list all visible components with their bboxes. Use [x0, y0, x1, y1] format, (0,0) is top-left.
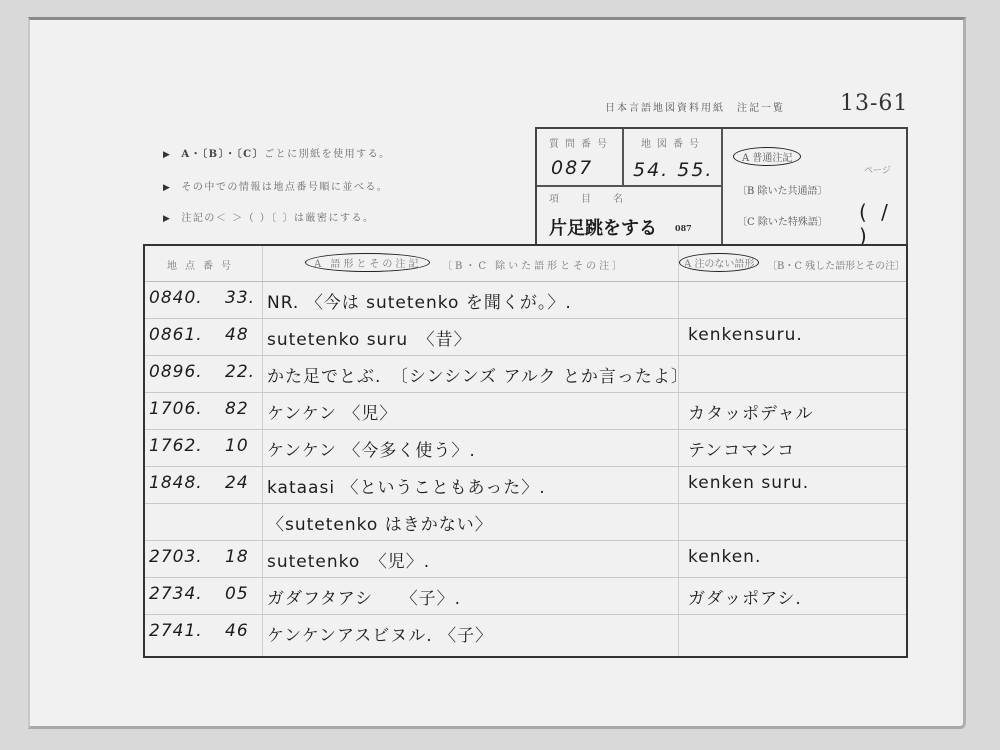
- instruction-1: ▶A・〔B〕・〔C〕ごとに別紙を使用する。: [163, 145, 391, 160]
- category-a: A 普通注記: [733, 147, 801, 166]
- word-form: 〈sutetenko はきかない〉: [267, 510, 493, 535]
- table-row: 〈sutetenko はきかない〉: [145, 504, 906, 541]
- item-name-label: 項目名: [549, 190, 645, 205]
- location-number: 0840.: [149, 288, 203, 308]
- sub-number: 82: [225, 399, 249, 419]
- alt-word-form: kenken.: [688, 547, 761, 567]
- word-form: ガダフタアシ 〈子〉.: [267, 584, 461, 609]
- sub-number: 48: [225, 325, 249, 345]
- sub-number: 05: [225, 584, 249, 604]
- location-number: 2741.: [149, 621, 203, 641]
- location-number: 1762.: [149, 436, 203, 456]
- meta-box: 質問番号 087 地図番号 54. 55. 項目名 片足跳をする 087 A 普…: [535, 127, 908, 244]
- word-form: ケンケンアスビヌル. 〈子〉: [267, 621, 493, 646]
- page-value: ( / ): [859, 200, 906, 248]
- location-number: 2703.: [149, 547, 203, 567]
- triangle-bullet-icon: ▶: [163, 150, 171, 160]
- location-number: 0896.: [149, 362, 203, 382]
- item-name: 片足跳をする: [549, 214, 657, 240]
- sub-number: 18: [225, 547, 249, 567]
- location-number: 1848.: [149, 473, 203, 493]
- alt-word-form: kenkensuru.: [688, 325, 803, 345]
- table-row: 0861.48sutetenko suru 〈昔〉kenkensuru.: [145, 319, 906, 356]
- category-b: 〔B 除いた共通語〕: [737, 182, 828, 197]
- instruction-2: ▶その中での情報は地点番号順に並べる。: [163, 178, 388, 193]
- alt-word-form: カタッポデャル: [688, 399, 814, 424]
- word-form: ケンケン 〈児〉: [267, 399, 397, 424]
- triangle-bullet-icon: ▶: [163, 183, 171, 193]
- annotation-table: 地点番号 A 語形とその注記 〔B・C 除いた語形とその注〕 A 注のない語形 …: [143, 244, 908, 658]
- map-number-label: 地図番号: [641, 135, 705, 150]
- alt-word-form: ガダッポアシ.: [688, 584, 802, 609]
- word-form: sutetenko 〈児〉.: [267, 547, 430, 572]
- sub-number: 33.: [225, 288, 255, 308]
- sheet-id: 13-61: [840, 91, 908, 116]
- table-row: 0896.22.かた足でとぶ. 〔シンシンズ アルク とか言ったよ〕: [145, 356, 906, 393]
- word-form: NR. 〈今は sutetenko を聞くが。〉.: [267, 288, 572, 313]
- question-number: 087: [551, 157, 593, 179]
- table-row: 1706.82ケンケン 〈児〉カタッポデャル: [145, 393, 906, 430]
- alt-word-form: kenken suru.: [688, 473, 809, 493]
- table-row: 0840.33.NR. 〈今は sutetenko を聞くが。〉.: [145, 282, 906, 319]
- alt-word-form: テンコマンコ: [688, 436, 795, 461]
- th-form-a: A 語形とその注記: [305, 253, 430, 272]
- sub-number: 22.: [225, 362, 255, 382]
- form-title: 日本言語地図資料用紙 注記一覧: [605, 99, 785, 114]
- instruction-3: ▶注記の＜ ＞（ ）〔 〕は厳密にする。: [163, 209, 374, 224]
- map-number: 54. 55.: [633, 159, 713, 181]
- sub-number: 46: [225, 621, 249, 641]
- sub-number: 10: [225, 436, 249, 456]
- table-row: 2703.18sutetenko 〈児〉.kenken.: [145, 541, 906, 578]
- table-row: 2741.46ケンケンアスビヌル. 〈子〉: [145, 615, 906, 652]
- word-form: kataasi 〈ということもあった〉.: [267, 473, 546, 498]
- question-number-label: 質問番号: [549, 135, 613, 150]
- triangle-bullet-icon: ▶: [163, 214, 171, 224]
- table-row: 2734.05ガダフタアシ 〈子〉.ガダッポアシ.: [145, 578, 906, 615]
- table-header: 地点番号 A 語形とその注記 〔B・C 除いた語形とその注〕 A 注のない語形 …: [145, 246, 906, 282]
- word-form: ケンケン 〈今多く使う〉.: [267, 436, 476, 461]
- page-label: ページ: [864, 163, 891, 176]
- word-form: かた足でとぶ. 〔シンシンズ アルク とか言ったよ〕: [267, 362, 689, 387]
- th-alt-a: A 注のない語形: [679, 253, 759, 272]
- word-form: sutetenko suru 〈昔〉: [267, 325, 472, 350]
- th-location: 地点番号: [167, 257, 239, 272]
- location-number: 2734.: [149, 584, 203, 604]
- th-alt-bc: 〔B・C 残した語形とその注〕: [767, 257, 905, 272]
- th-form-bc: 〔B・C 除いた語形とその注〕: [442, 257, 625, 272]
- location-number: 0861.: [149, 325, 203, 345]
- category-c: 〔C 除いた特殊語〕: [737, 213, 828, 228]
- item-code: 087: [675, 223, 692, 233]
- table-row: 1848.24kataasi 〈ということもあった〉.kenken suru.: [145, 467, 906, 504]
- table-row: 1762.10ケンケン 〈今多く使う〉.テンコマンコ: [145, 430, 906, 467]
- location-number: 1706.: [149, 399, 203, 419]
- sub-number: 24: [225, 473, 249, 493]
